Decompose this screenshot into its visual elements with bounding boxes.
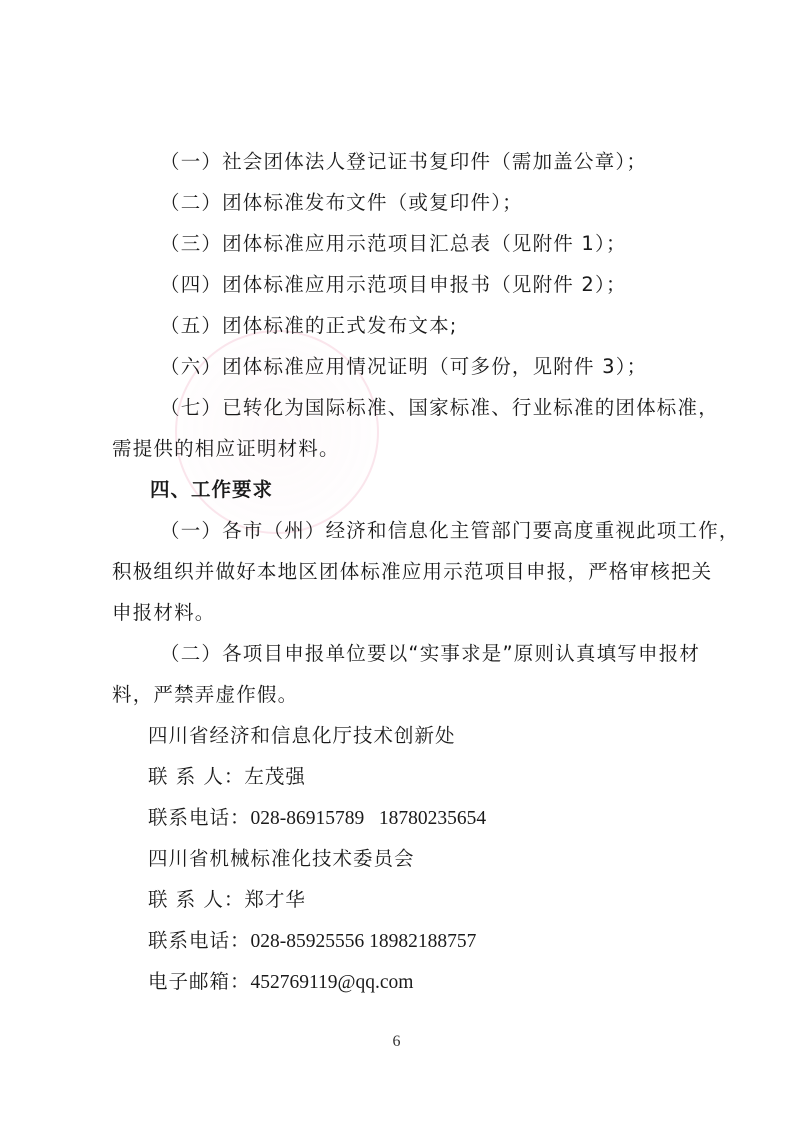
contact-1-person-name: 左茂强 — [244, 765, 306, 788]
document-page: （一）社会团体法人登记证书复印件（需加盖公章）； （二）团体标准发布文件（或复印… — [0, 0, 793, 1122]
contact-1-phone: 联系电话：028-86915789 18780235654 — [148, 806, 486, 831]
contact-1-phone-number: 028-86915789 18780235654 — [251, 808, 487, 829]
contact-1-person-label: 联 系 人： — [148, 765, 244, 788]
requirement-1-line2: 积极组织并做好本地区团体标准应用示范项目申报，严格审核把关 — [112, 560, 675, 584]
section-heading: 四、工作要求 — [150, 478, 273, 502]
material-item-7-line2: 需提供的相应证明材料。 — [112, 437, 340, 461]
contact-2-phone: 联系电话：028-85925556 18982188757 — [148, 929, 476, 954]
contact-1-org: 四川省经济和信息化厅技术创新处 — [148, 724, 456, 748]
page-number: 6 — [0, 1033, 793, 1051]
material-item-4: （四）团体标准应用示范项目申报书（见附件 2）； — [160, 273, 627, 297]
material-item-2: （二）团体标准发布文件（或复印件）； — [160, 191, 523, 215]
requirement-2-line1: （二）各项目申报单位要以“实事求是”原则认真填写申报材 — [160, 642, 675, 666]
contact-2-person-label: 联 系 人： — [148, 888, 244, 911]
contact-2-email-label: 电子邮箱： — [148, 970, 251, 993]
material-item-3: （三）团体标准应用示范项目汇总表（见附件 1）； — [160, 232, 627, 256]
requirement-1-line1: （一）各市（州）经济和信息化主管部门要高度重视此项工作， — [160, 519, 675, 543]
requirement-2-line2: 料，严禁弄虚作假。 — [112, 683, 298, 707]
contact-2-person: 联 系 人：郑才华 — [148, 888, 306, 912]
requirement-1-line3: 申报材料。 — [112, 601, 216, 625]
material-item-7-line1: （七）已转化为国际标准、国家标准、行业标准的团体标准， — [160, 396, 675, 420]
material-item-5: （五）团体标准的正式发布文本; — [160, 314, 458, 338]
contact-2-phone-label: 联系电话： — [148, 929, 251, 952]
contact-2-person-name: 郑才华 — [244, 888, 306, 911]
contact-2-org: 四川省机械标准化技术委员会 — [148, 847, 415, 871]
contact-1-person: 联 系 人：左茂强 — [148, 765, 306, 789]
contact-2-phone-number: 028-85925556 18982188757 — [251, 931, 477, 952]
contact-1-phone-label: 联系电话： — [148, 806, 251, 829]
material-item-6: （六）团体标准应用情况证明（可多份，见附件 3）； — [160, 355, 647, 379]
contact-2-email-address: 452769119@qq.com — [251, 972, 414, 993]
contact-2-email: 电子邮箱：452769119@qq.com — [148, 970, 413, 995]
material-item-1: （一）社会团体法人登记证书复印件（需加盖公章）； — [160, 150, 647, 174]
